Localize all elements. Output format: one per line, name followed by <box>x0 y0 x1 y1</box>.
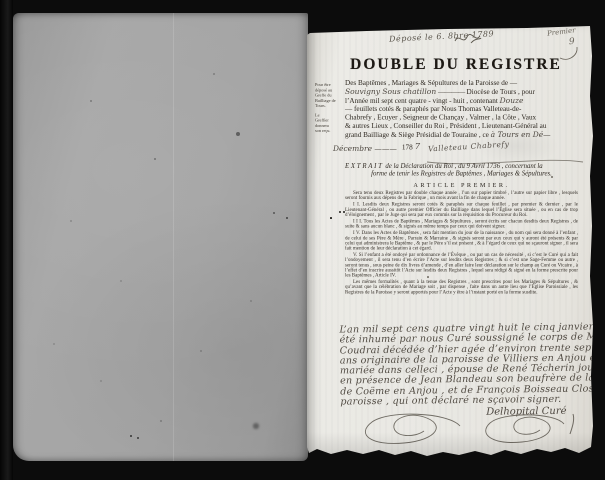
page-crease <box>173 13 174 461</box>
article-paragraph: Sera tenu deux Registres par double chaq… <box>345 191 578 201</box>
article-paragraph: Les mêmes formalités , quant à la tenue … <box>345 280 578 295</box>
lieutenant-general-signature: Valleteau Chabrefy <box>428 140 510 153</box>
parish-name-handwritten: Souvigny Sous chatillon <box>345 87 436 96</box>
ink-dot <box>330 217 332 219</box>
fill-dash: ———— <box>438 88 465 96</box>
paraph-flourish-icon <box>453 31 483 47</box>
left-blank-page <box>13 13 308 461</box>
right-register-page: Déposé le 6. 8bre 1789 Premier 9 DOUBLE … <box>307 26 593 462</box>
ink-dot <box>339 211 341 213</box>
intro-line: l’Année mil sept cent quatre - vingt - h… <box>345 96 578 105</box>
extrait-declaration-section: EXTRAIT de la Déclaration du Roi , du 9 … <box>345 162 578 295</box>
ink-spiral-flourishes-icon <box>342 412 577 452</box>
scanned-register-spread: Déposé le 6. 8bre 1789 Premier 9 DOUBLE … <box>0 0 605 480</box>
intro-line: — feuillets cotés & paraphés par Nous Th… <box>345 105 578 113</box>
article-paragraph: I V. Dans les Actes de Baptêmes , sera f… <box>345 231 578 251</box>
extrait-word: EXTRAIT <box>345 162 384 170</box>
ink-dot <box>343 211 345 213</box>
article-paragraph: I I I. Tous les Actes de Baptêmes , Mari… <box>345 219 578 229</box>
place-date-handwritten: à Tours en Dé— <box>491 130 551 139</box>
intro-line: Chabrefy , Ecuyer , Seigneur de Chançay … <box>345 114 578 122</box>
extrait-heading-line2: forme de tenir les Registres de Baptêmes… <box>345 170 578 178</box>
intro-line: grand Bailliage & Siège Présidial de Tou… <box>345 130 578 139</box>
month-handwritten: Décembre ——— <box>333 142 397 152</box>
page-title: DOUBLE DU REGISTRE <box>335 56 577 74</box>
ink-dot <box>551 176 553 178</box>
article-paragraph: V. Si l’enfant a été ondoyé par ordonnan… <box>345 253 578 279</box>
ink-dot <box>427 276 429 278</box>
paper-specks <box>13 13 15 15</box>
year-digit-handwritten: 7 <box>415 142 420 150</box>
folio-count-handwritten: Douze <box>500 96 524 105</box>
article-premier-heading: ARTICLE PREMIER. <box>345 182 578 190</box>
intro-line-printed: grand Bailliage & Siège Présidial de Tou… <box>345 131 489 139</box>
extrait-heading: EXTRAIT de la Déclaration du Roi , du 9 … <box>345 162 578 170</box>
intro-line-printed: l’Année mil sept cent quatre - vingt - h… <box>345 97 498 105</box>
printed-year: 178 <box>402 142 413 151</box>
intro-line: Souvigny Sous chatillon ———— Diocèse de … <box>345 87 578 96</box>
intro-line-printed: Diocèse de Tours , pour <box>467 88 535 96</box>
article-paragraph: I I. Lesdits deux Registres seront cotés… <box>345 202 578 217</box>
handwritten-burial-act: L’an mil sept cens quatre vingt huit le … <box>339 322 592 419</box>
extrait-heading-rest: de la Déclaration du Roi , du 9 Avril 17… <box>384 162 543 170</box>
